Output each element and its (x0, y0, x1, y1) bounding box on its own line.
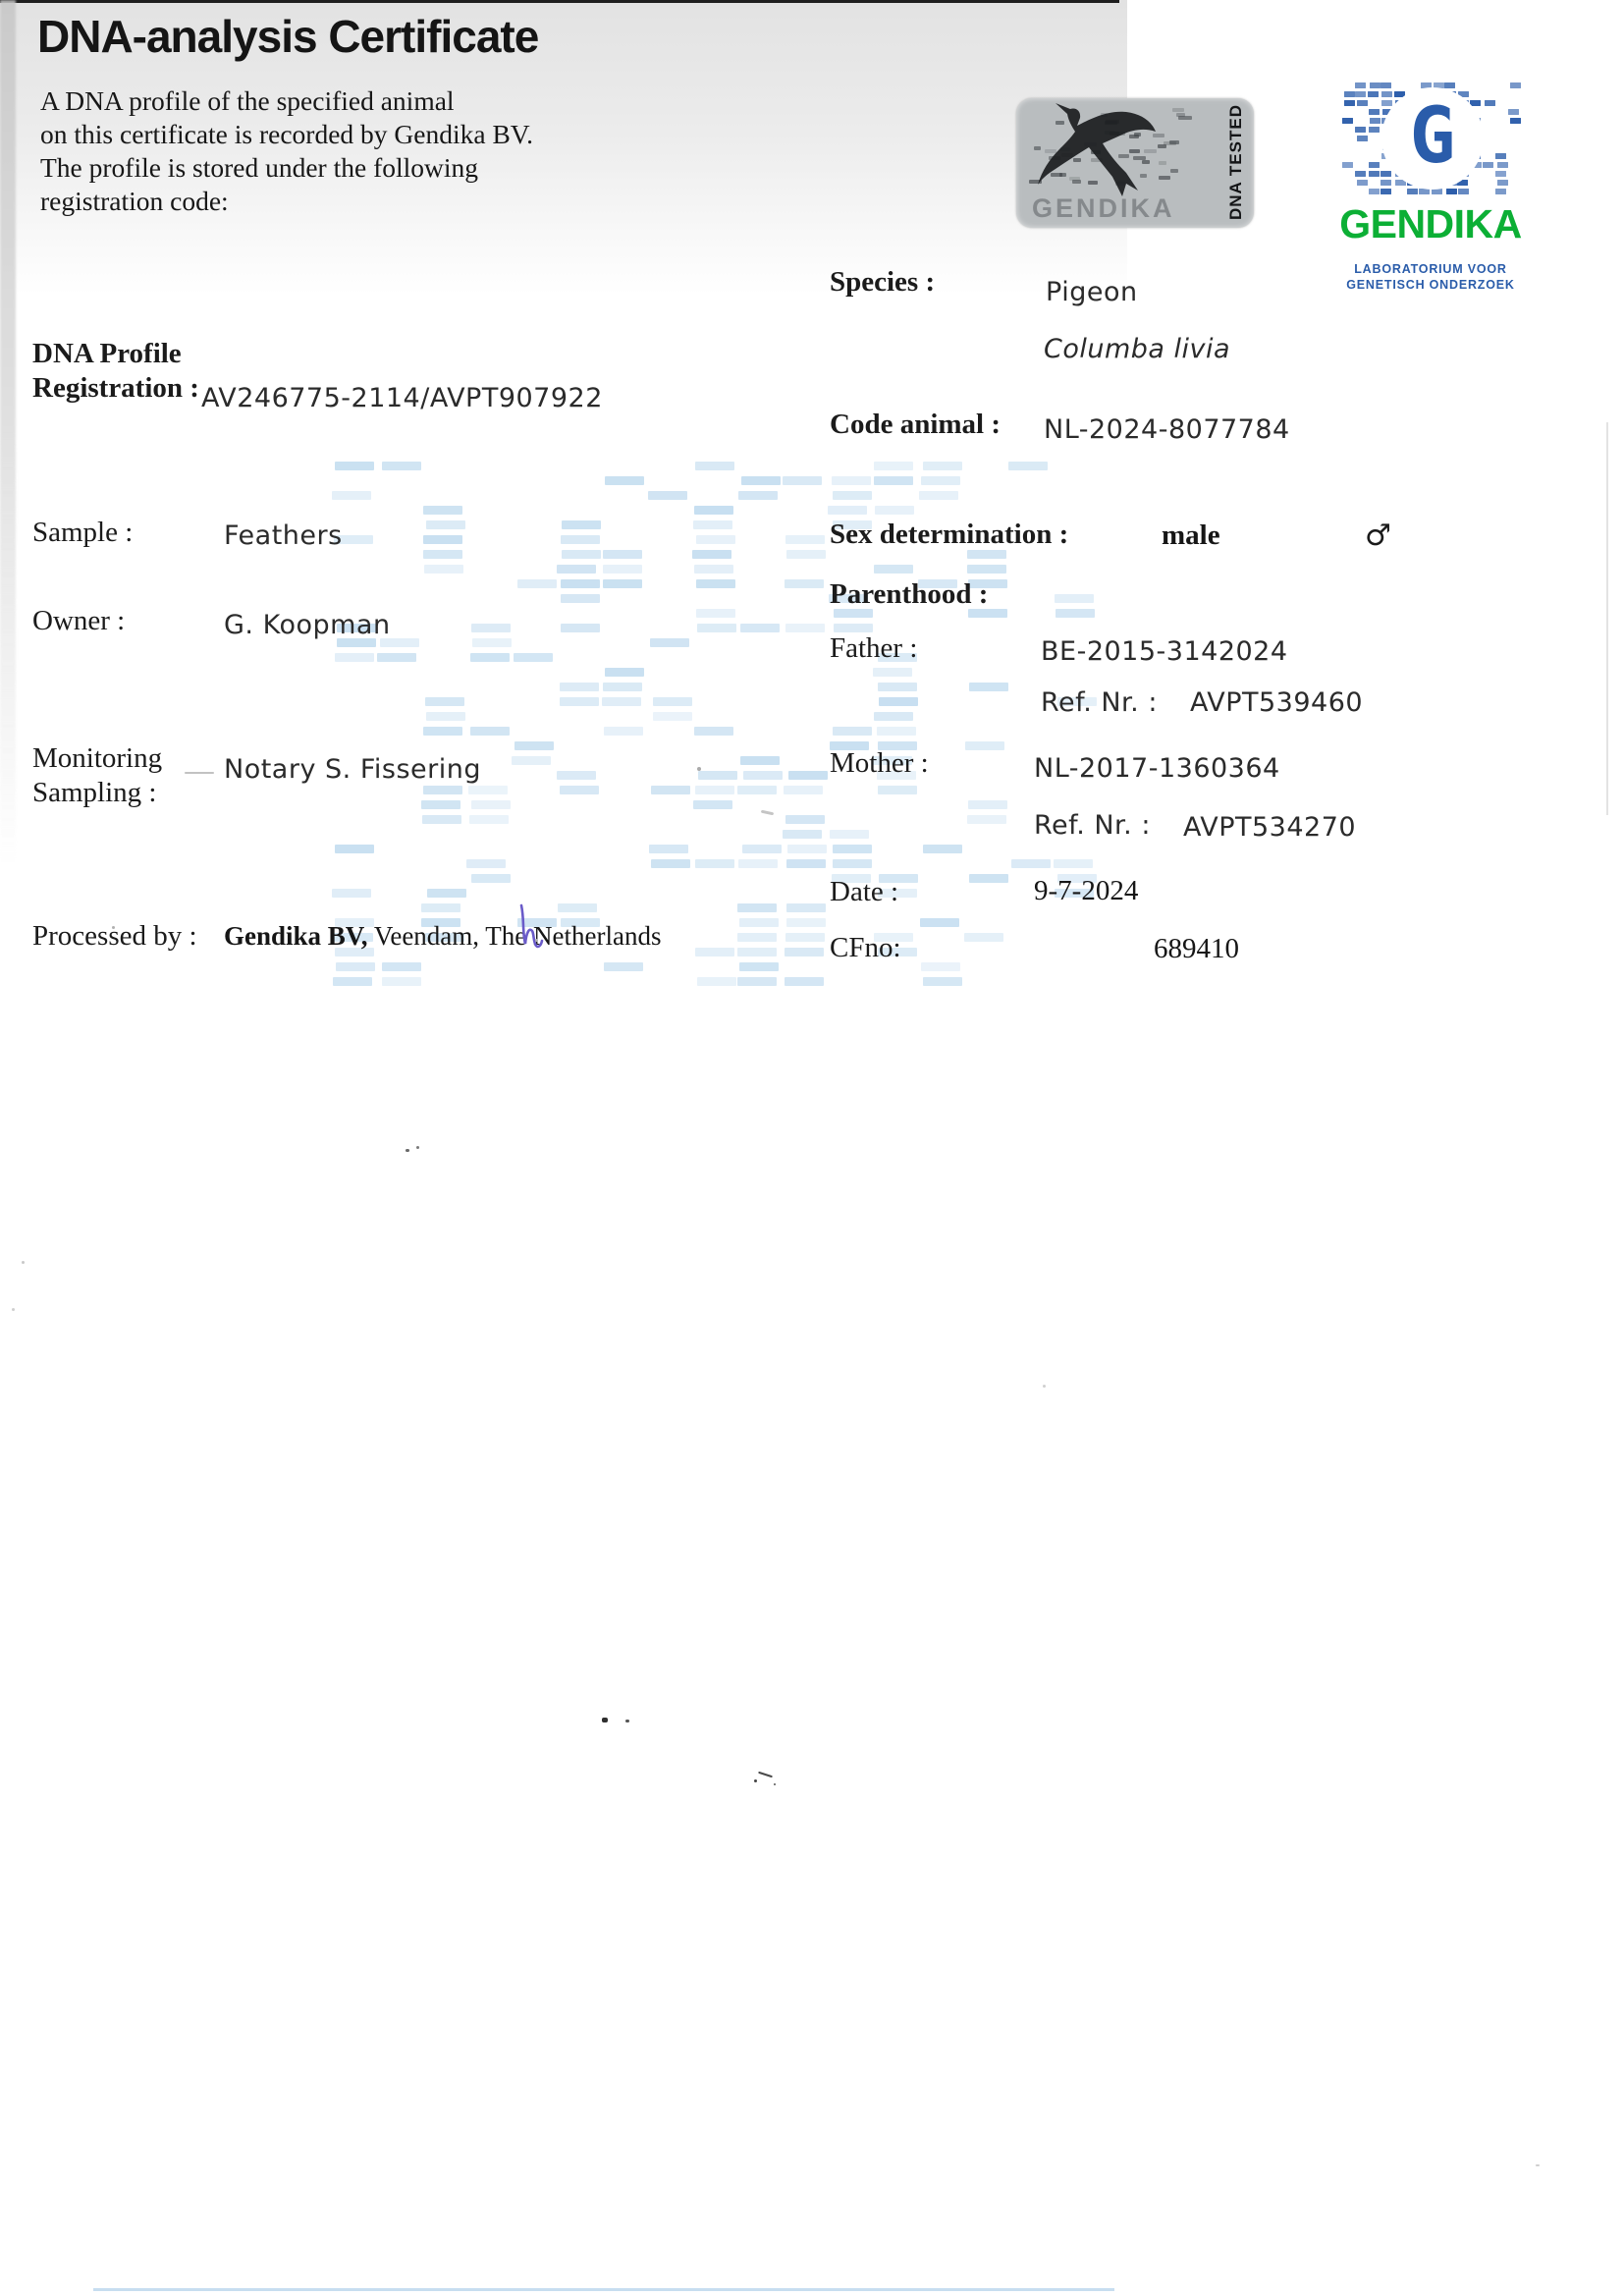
logo-pixel (1357, 180, 1368, 186)
logo-pixel (1444, 82, 1455, 88)
watermark-gel-band (603, 565, 642, 574)
scan-speck (22, 1261, 25, 1264)
logo-pixel (1370, 118, 1380, 124)
watermark-gel-band (605, 668, 644, 677)
watermark-gel-band (738, 491, 778, 500)
watermark-gel-band (741, 476, 781, 485)
intro-line: A DNA profile of the specified animal (40, 84, 533, 118)
logo-pixel (1508, 109, 1519, 115)
watermark-gel-band (785, 535, 825, 544)
logo-name-text: GENDIKA (1339, 201, 1522, 247)
watermark-gel-band (967, 815, 1006, 824)
monitoring-value: Notary S. Fissering (224, 754, 481, 785)
watermark-gel-band (695, 462, 734, 470)
watermark-gel-band (653, 712, 692, 721)
signature-mark (517, 903, 549, 955)
logo-pixel (1458, 189, 1469, 194)
watermark-gel-band (1054, 859, 1093, 868)
watermark-gel-band (512, 756, 551, 765)
logo-pixel (1369, 162, 1380, 168)
watermark-gel-band (879, 697, 918, 706)
watermark-gel-band (830, 830, 869, 839)
watermark-gel-band (877, 727, 916, 736)
watermark-gel-band (921, 476, 960, 485)
watermark-gel-band (786, 918, 826, 927)
intro-line: on this certificate is recorded by Gendi… (40, 118, 533, 151)
watermark-gel-band (423, 506, 462, 515)
watermark-gel-band (470, 653, 510, 662)
watermark-gel-band (425, 697, 464, 706)
watermark-gel-band (421, 800, 460, 809)
scan-right-edge (1606, 422, 1608, 815)
watermark-gel-band (471, 800, 511, 809)
sample-value: Feathers (224, 520, 343, 551)
watermark-gel-band (923, 845, 962, 853)
sex-value: male (1162, 519, 1220, 552)
watermark-gel-band (693, 520, 732, 529)
logo-pixel (1342, 118, 1353, 124)
logo-pixel (1357, 100, 1368, 106)
logo-g-letter: G (1410, 98, 1456, 175)
processed-by-location: Veendam, The Netherlands (368, 921, 662, 951)
watermark-gel-band (737, 786, 777, 794)
watermark-gel-band (382, 977, 421, 986)
watermark-gel-band (832, 476, 871, 485)
scan-speck (12, 1308, 15, 1311)
watermark-gel-band (514, 653, 553, 662)
intro-line: The profile is stored under the followin… (40, 151, 533, 185)
registration-label: DNA Profile Registration : (32, 337, 199, 406)
logo-pixel (1380, 171, 1391, 177)
watermark-gel-band (470, 727, 510, 736)
watermark-gel-band (561, 579, 600, 588)
logo-pixel (1510, 118, 1521, 124)
watermark-gel-band (471, 624, 511, 632)
watermark-gel-band (423, 727, 462, 736)
logo-pixel (1483, 162, 1493, 168)
page-title: DNA-analysis Certificate (37, 10, 538, 63)
certificate-page: DNA-analysis Certificate A DNA profile o… (0, 0, 1624, 2296)
watermark-gel-band (335, 462, 374, 470)
watermark-gel-band (693, 800, 732, 809)
scan-speck (1536, 2164, 1540, 2166)
monitoring-label: Monitoring Sampling : (32, 741, 162, 810)
cfno-label: CFno: (830, 931, 901, 965)
watermark-gel-band (786, 903, 826, 912)
watermark-gel-band (828, 506, 867, 515)
watermark-gel-band (740, 756, 780, 765)
watermark-gel-band (560, 697, 599, 706)
watermark-gel-band (466, 859, 506, 868)
scan-speck (416, 1146, 419, 1149)
watermark-gel-band (382, 462, 421, 470)
logo-pixel (1342, 162, 1353, 168)
registration-value: AV246775-2114/AVPT907922 (201, 383, 603, 413)
watermark-gel-band (557, 565, 596, 574)
watermark-gel-band (423, 786, 462, 794)
watermark-gel-band (783, 476, 822, 485)
watermark-gel-band (969, 683, 1008, 691)
logo-pixel (1446, 189, 1457, 194)
watermark-gel-band (603, 550, 642, 559)
processed-by-value: Gendika BV, Veendam, The Netherlands (224, 921, 661, 952)
watermark-gel-band (833, 845, 872, 853)
owner-value: G. Koopman (224, 610, 391, 640)
scan-speck (406, 1149, 409, 1152)
sex-label: Sex determination : (830, 518, 1068, 552)
watermark-gel-band (737, 933, 777, 942)
logo-pixel (1355, 171, 1366, 177)
logo-pixel (1381, 91, 1392, 97)
watermark-gel-band (605, 476, 644, 485)
watermark-gel-band (562, 550, 601, 559)
watermark-gel-band (873, 668, 912, 677)
watermark-gel-band (964, 933, 1003, 942)
code-animal-label: Code animal : (830, 408, 1001, 442)
logo-pixel (1355, 91, 1366, 97)
logo-pixel (1497, 162, 1508, 168)
father-ref-value: AVPT539460 (1190, 687, 1363, 718)
watermark-gel-band (561, 624, 600, 632)
watermark-gel-band (557, 771, 596, 780)
mother-value: NL-2017-1360364 (1034, 753, 1280, 784)
watermark-gel-band (517, 579, 557, 588)
watermark-gel-band (561, 594, 600, 603)
watermark-gel-band (783, 830, 822, 839)
logo-pixel (1369, 171, 1380, 177)
logo-pixel (1355, 82, 1366, 88)
watermark-gel-band (742, 845, 782, 853)
watermark-gel-band (648, 491, 687, 500)
watermark-gel-band (698, 771, 737, 780)
watermark-gel-band (377, 653, 416, 662)
watermark-gel-band (332, 889, 371, 898)
cfno-value: 689410 (1154, 933, 1239, 965)
intro-paragraph: A DNA profile of the specified animal on… (40, 84, 533, 218)
scan-speck (1043, 1385, 1046, 1388)
logo-pixel (1380, 189, 1391, 194)
scan-left-edge (0, 0, 16, 864)
scan-speck (761, 810, 774, 816)
watermark-gel-band (740, 624, 780, 632)
code-animal-value: NL-2024-8077784 (1044, 414, 1290, 445)
watermark-gel-band (653, 697, 692, 706)
watermark-gel-band (737, 977, 777, 986)
watermark-gel-band (335, 653, 374, 662)
logo-pixel (1510, 82, 1521, 88)
scan-speck (602, 1718, 608, 1722)
watermark-gel-band (743, 771, 783, 780)
watermark-gel-band (471, 874, 511, 883)
logo-pixel (1495, 189, 1506, 194)
watermark-gel-band (604, 962, 643, 971)
watermark-gel-band (650, 638, 689, 647)
scan-speck (754, 1779, 757, 1782)
watermark-gel-band (785, 815, 825, 824)
watermark-gel-band (833, 859, 872, 868)
watermark-gel-band (335, 845, 374, 853)
mother-ref-value: AVPT534270 (1183, 812, 1356, 843)
watermark-gel-band (737, 903, 777, 912)
watermark-gel-band (423, 535, 462, 544)
watermark-gel-band (332, 491, 371, 500)
logo-pixel (1344, 91, 1355, 97)
mother-ref-label: Ref. Nr. : (1034, 810, 1151, 841)
watermark-gel-band (382, 962, 421, 971)
watermark-gel-band (785, 948, 824, 957)
logo-pixel (1344, 100, 1355, 106)
watermark-gel-band (968, 800, 1007, 809)
watermark-gel-band (923, 462, 962, 470)
watermark-gel-band (468, 786, 508, 794)
watermark-gel-band (737, 948, 777, 957)
watermark-gel-band (602, 697, 641, 706)
watermark-gel-band (921, 962, 960, 971)
watermark-gel-band (923, 977, 962, 986)
watermark-gel-band (424, 565, 463, 574)
processed-by-company: Gendika BV, (224, 921, 368, 951)
father-value: BE-2015-3142024 (1041, 636, 1288, 667)
watermark-gel-band (1008, 462, 1048, 470)
watermark-gel-band (878, 683, 917, 691)
watermark-gel-band (784, 786, 823, 794)
father-label: Father : (830, 631, 917, 666)
watermark-gel-band (739, 962, 779, 971)
watermark-gel-band (651, 786, 690, 794)
watermark-gel-band (697, 624, 736, 632)
logo-g-circle: G (1381, 87, 1484, 190)
mother-label: Mother : (830, 746, 929, 781)
scan-speck (112, 926, 115, 929)
owner-label: Owner : (32, 604, 125, 638)
scan-speck (697, 767, 701, 771)
watermark-gel-band (603, 683, 642, 691)
watermark-gel-band (423, 550, 462, 559)
watermark-gel-band (695, 859, 734, 868)
watermark-gel-band (695, 948, 734, 957)
watermark-gel-band (472, 638, 512, 647)
watermark-gel-band (697, 977, 736, 986)
species-value: Pigeon (1046, 277, 1138, 307)
watermark-gel-band (694, 565, 733, 574)
logo-pixel (1380, 82, 1391, 88)
watermark-gel-band (739, 918, 779, 927)
scan-speck (535, 939, 538, 942)
watermark-gel-band (967, 565, 1006, 574)
watermark-gel-band (1056, 609, 1095, 618)
watermark-gel-band (785, 977, 824, 986)
watermark-gel-band (649, 845, 688, 853)
male-symbol-icon: ♂ (1365, 519, 1391, 553)
logo-pixel (1357, 136, 1368, 141)
watermark-gel-band (692, 550, 731, 559)
watermark-gel-band (427, 889, 466, 898)
logo-pixel (1355, 127, 1366, 133)
scan-speck (758, 1772, 773, 1778)
watermark-gel-band (336, 962, 375, 971)
logo-pixel (1497, 180, 1508, 186)
sticker-dna-tested-text: DNA TESTED (1226, 104, 1246, 220)
watermark-gel-band (694, 506, 733, 515)
watermark-gel-band (604, 727, 643, 736)
logo-pixel (1381, 100, 1392, 106)
scan-speck (774, 1783, 776, 1785)
watermark-gel-band (561, 535, 600, 544)
logo-pixel (1370, 82, 1380, 88)
watermark-gel-band (558, 903, 597, 912)
watermark-gel-band (786, 550, 826, 559)
watermark-gel-band (874, 476, 913, 485)
watermark-gel-band (920, 918, 959, 927)
watermark-gel-band (695, 786, 734, 794)
logo-pixel (1407, 189, 1418, 194)
sticker-brand-text: GENDIKA (1032, 193, 1175, 224)
watermark-gel-band (562, 520, 601, 529)
date-label: Date : (830, 875, 898, 909)
scan-top-edge (0, 0, 1119, 3)
watermark-gel-band (785, 579, 824, 588)
watermark-gel-band (833, 727, 872, 736)
watermark-gel-band (874, 712, 913, 721)
scan-speck (185, 772, 214, 774)
watermark-gel-band (833, 491, 872, 500)
watermark-gel-band (965, 741, 1004, 750)
logo-pixel (1485, 100, 1495, 106)
watermark-gel-band (788, 771, 828, 780)
watermark-gel-band (919, 491, 958, 500)
watermark-gel-band (696, 579, 735, 588)
sample-label: Sample : (32, 516, 133, 550)
watermark-gel-band (560, 683, 599, 691)
watermark-gel-band (421, 903, 460, 912)
watermark-gel-band (1011, 859, 1051, 868)
watermark-gel-band (786, 859, 826, 868)
species-label: Species : (830, 265, 935, 300)
watermark-gel-band (333, 977, 372, 986)
watermark-gel-band (560, 786, 599, 794)
watermark-gel-band (696, 609, 735, 618)
logo-tagline: LABORATORIUM VOOR GENETISCH ONDERZOEK (1335, 261, 1526, 293)
watermark-gel-band (785, 624, 825, 632)
watermark-gel-band (787, 845, 827, 853)
date-value: 9-7-2024 (1034, 875, 1138, 907)
scan-speck (625, 1720, 629, 1722)
watermark-gel-band (514, 741, 554, 750)
watermark-gel-band (469, 815, 509, 824)
logo-pixel (1369, 109, 1380, 115)
logo-pixel (1369, 189, 1380, 194)
intro-line: registration code: (40, 185, 533, 218)
watermark-gel-band (422, 815, 461, 824)
watermark-gel-band (651, 859, 690, 868)
logo-pixel (1495, 153, 1506, 159)
watermark-gel-band (969, 874, 1008, 883)
hologram-sticker: GENDIKA DNA TESTED (1016, 98, 1254, 228)
watermark-gel-band (874, 565, 913, 574)
logo-pixel (1369, 127, 1380, 133)
watermark-gel-band (1055, 594, 1094, 603)
father-ref-label: Ref. Nr. : (1041, 687, 1158, 718)
processed-by-label: Processed by : (32, 919, 197, 954)
parenthood-label: Parenthood : (830, 577, 988, 612)
watermark-gel-band (738, 859, 778, 868)
logo-pixel (1368, 91, 1379, 97)
watermark-gel-band (426, 712, 465, 721)
watermark-gel-band (603, 579, 642, 588)
watermark-gel-band (874, 462, 913, 470)
scan-bottom-line (93, 2288, 1114, 2291)
logo-pixel (1380, 180, 1391, 186)
watermark-gel-band (426, 520, 465, 529)
logo-pixel (1495, 171, 1506, 177)
watermark-gel-band (694, 727, 733, 736)
species-latin: Columba livia (1044, 334, 1230, 364)
watermark-gel-band (875, 506, 914, 515)
watermark-gel-band (696, 535, 735, 544)
watermark-gel-band (785, 933, 825, 942)
watermark-gel-band (878, 786, 917, 794)
